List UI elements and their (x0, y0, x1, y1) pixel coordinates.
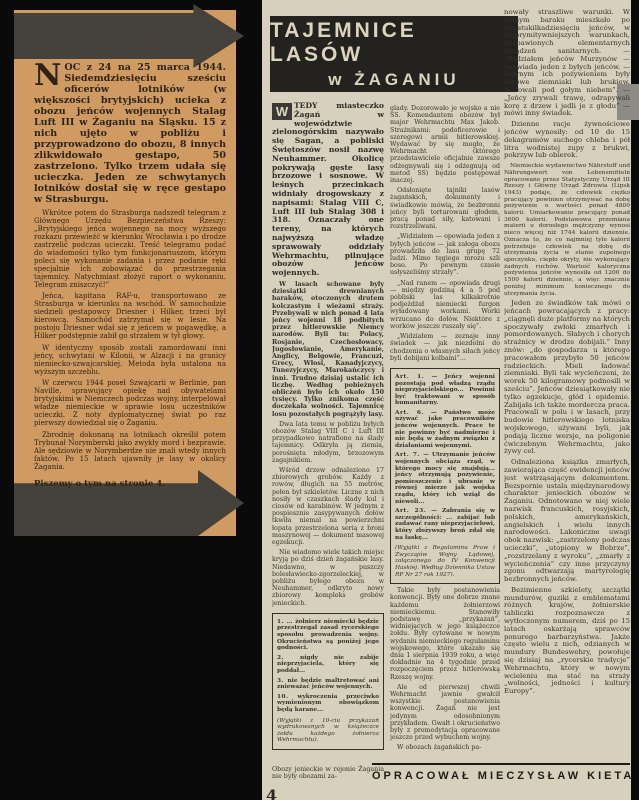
item-number: Art. 23. (395, 508, 426, 514)
item-number: 10. (277, 694, 289, 700)
item-number: 1. (277, 619, 284, 625)
article-paragraph: Nie wiadomo wiele takich miejsc kryją po… (272, 549, 384, 607)
item-text: ... żołnierz niemiecki będzie przestrzeg… (277, 619, 379, 651)
item-text: wykroczenia przeciwko wymienionym obowią… (277, 694, 379, 713)
box-item: 1. ... żołnierz niemiecki będzie przestr… (277, 619, 379, 652)
article-paragraph: Odsłonięte tajniki lasów żagańskich, dok… (390, 187, 500, 230)
article-paragraph: W lasach schowane były dziesiątki drewni… (272, 281, 384, 418)
panel-paragraph: Zbrodnię dokonaną na lotnikach określił … (34, 431, 226, 471)
page-number: 4 (266, 786, 277, 800)
lead-paragraph: NOC z 24 na 25 marca 1944. Siedemdziesię… (34, 62, 226, 205)
wehrmacht-commandments-box: 1. ... żołnierz niemiecki będzie przestr… (272, 613, 384, 750)
article-paragraph: Dzienne racje żywnościowe jeńców wynosił… (504, 121, 630, 160)
scanned-magazine-page: { "left_panel": { "lead_dropcap": "N", "… (0, 0, 639, 800)
item-number: Art. 6. (395, 410, 424, 416)
article-paragraph: Takie były postanowienia konwencji. Były… (390, 587, 500, 681)
article-paragraph: nowały straszliwe warunki. W jednym bara… (504, 9, 630, 118)
article-paragraph: glady. Dozorowało je wojsko a nie SS. Ko… (390, 105, 500, 184)
item-text: — Państwo może używać jako pracowników j… (395, 410, 495, 449)
article-paragraph: Dwa lata temu w pobliżu byłych obozów St… (272, 421, 384, 464)
article-title-line2: w ŻAGANIU (328, 70, 459, 90)
article-title-block: TAJEMNICE LASÓW w ŻAGANIU (270, 16, 518, 92)
box-item: 3. nie będzie maltretować ani znieważać … (277, 678, 379, 691)
panel-paragraph: W czerwcu 1944 poseł Szwajcarii w Berlin… (34, 379, 226, 427)
article-paragraph: Ale od pierwszej chwili Wehrmacht jawnie… (390, 684, 500, 742)
box-item: Art. 6. — Państwo może używać jako praco… (395, 410, 495, 450)
article-paragraph: Wśród drzew odnaleziono 17 zbiorowych gr… (272, 467, 384, 546)
article-paragraph: „Widziałem — zeznaje inny świadek — jak … (390, 333, 500, 362)
dropcap-w: W (272, 103, 292, 120)
dropcap-n: N (34, 63, 61, 88)
panel-paragraph: Jeńca, kapitana RAF-u, transportowano ze… (34, 292, 226, 340)
box-source-note: (Wyjątki z Regulaminu Praw i Zwyczajów W… (395, 545, 495, 578)
author-credit: OPRACOWAŁ MIECZYSŁAW KIETA (372, 770, 630, 782)
article-column-1: WTEDY miasteczko Żagań w województwie zi… (272, 102, 384, 762)
item-number: Art. 7. (395, 452, 420, 458)
article-paragraph: Odnaleziona książka zmarłych, zawierając… (504, 459, 630, 584)
column1-closing-line: Obozy jenieckie w rejonie Żagania nie by… (272, 766, 384, 781)
article-column-3: nowały straszliwe warunki. W jednym bara… (504, 6, 630, 758)
article-title-line1: TAJEMNICE LASÓW (270, 19, 518, 67)
lead-text: OC z 24 na 25 marca 1944. Siedemdziesięc… (34, 62, 226, 205)
box-item: Art. 1. — Jeńcy wojenni pozostają pod wł… (395, 374, 495, 407)
box-item: 10. wykroczenia przeciwko wymienionym ob… (277, 694, 379, 714)
item-text: — Utrzymanie jeńców wojennych obciąża rz… (395, 452, 495, 504)
item-number: Art. 1. (395, 374, 424, 380)
item-text: nie będzie maltretować ani znieważać jeń… (277, 678, 379, 691)
box-item: Art. 7. — Utrzymanie jeńców wojennych ob… (395, 452, 495, 505)
item-number: 3. (277, 678, 284, 684)
article-column-2: glady. Dozorowało je wojsko a nie SS. Ko… (390, 102, 500, 752)
article-paragraph: „Nad ranem — opowiada drugi — między god… (390, 280, 500, 330)
intro-text: TEDY miasteczko Żagań w województwie zie… (272, 102, 384, 277)
box-item: 2. nigdy nie zabije nieprzyjaciela, któr… (277, 655, 379, 675)
panel-paragraph: Wkrótce potem do Strasburga nadszedł tel… (34, 209, 226, 289)
see-page-callout: Piszemy o tym na stronie 4. (34, 479, 226, 489)
box-item: Art. 23. — Zabrania się w szczególności:… (395, 508, 495, 541)
box-source-note: (Wyjątki z 10-ciu przykazań wydrukowanyc… (277, 718, 379, 744)
intro-paragraph: WTEDY miasteczko Żagań w województwie zi… (272, 102, 384, 278)
item-text: nigdy nie zabije nieprzyjaciela, który s… (277, 655, 379, 674)
nutrition-small-print: Niemieckie wydawnictwo Nährstoff und Näh… (504, 163, 630, 297)
footer-rule (372, 763, 630, 765)
article-paragraph: „Widziałem — opowiada jeden z byłych jeń… (390, 233, 500, 276)
hague-convention-box: Art. 1. — Jeńcy wojenni pozostają pod wł… (390, 368, 500, 584)
panel-paragraph: W identyczny sposób zostali zamordowani … (34, 344, 226, 376)
article-paragraph: W obozach żagańskich pa- (390, 744, 500, 751)
item-number: 2. (277, 655, 284, 661)
article-paragraph: Bezimienne szkielety, szczątki mundurów,… (504, 587, 630, 696)
article-paragraph: Jeden ze świadków tak mówi o jeńcach pow… (504, 300, 630, 456)
lead-story-content: NOC z 24 na 25 marca 1944. Siedemdziesię… (34, 62, 226, 489)
